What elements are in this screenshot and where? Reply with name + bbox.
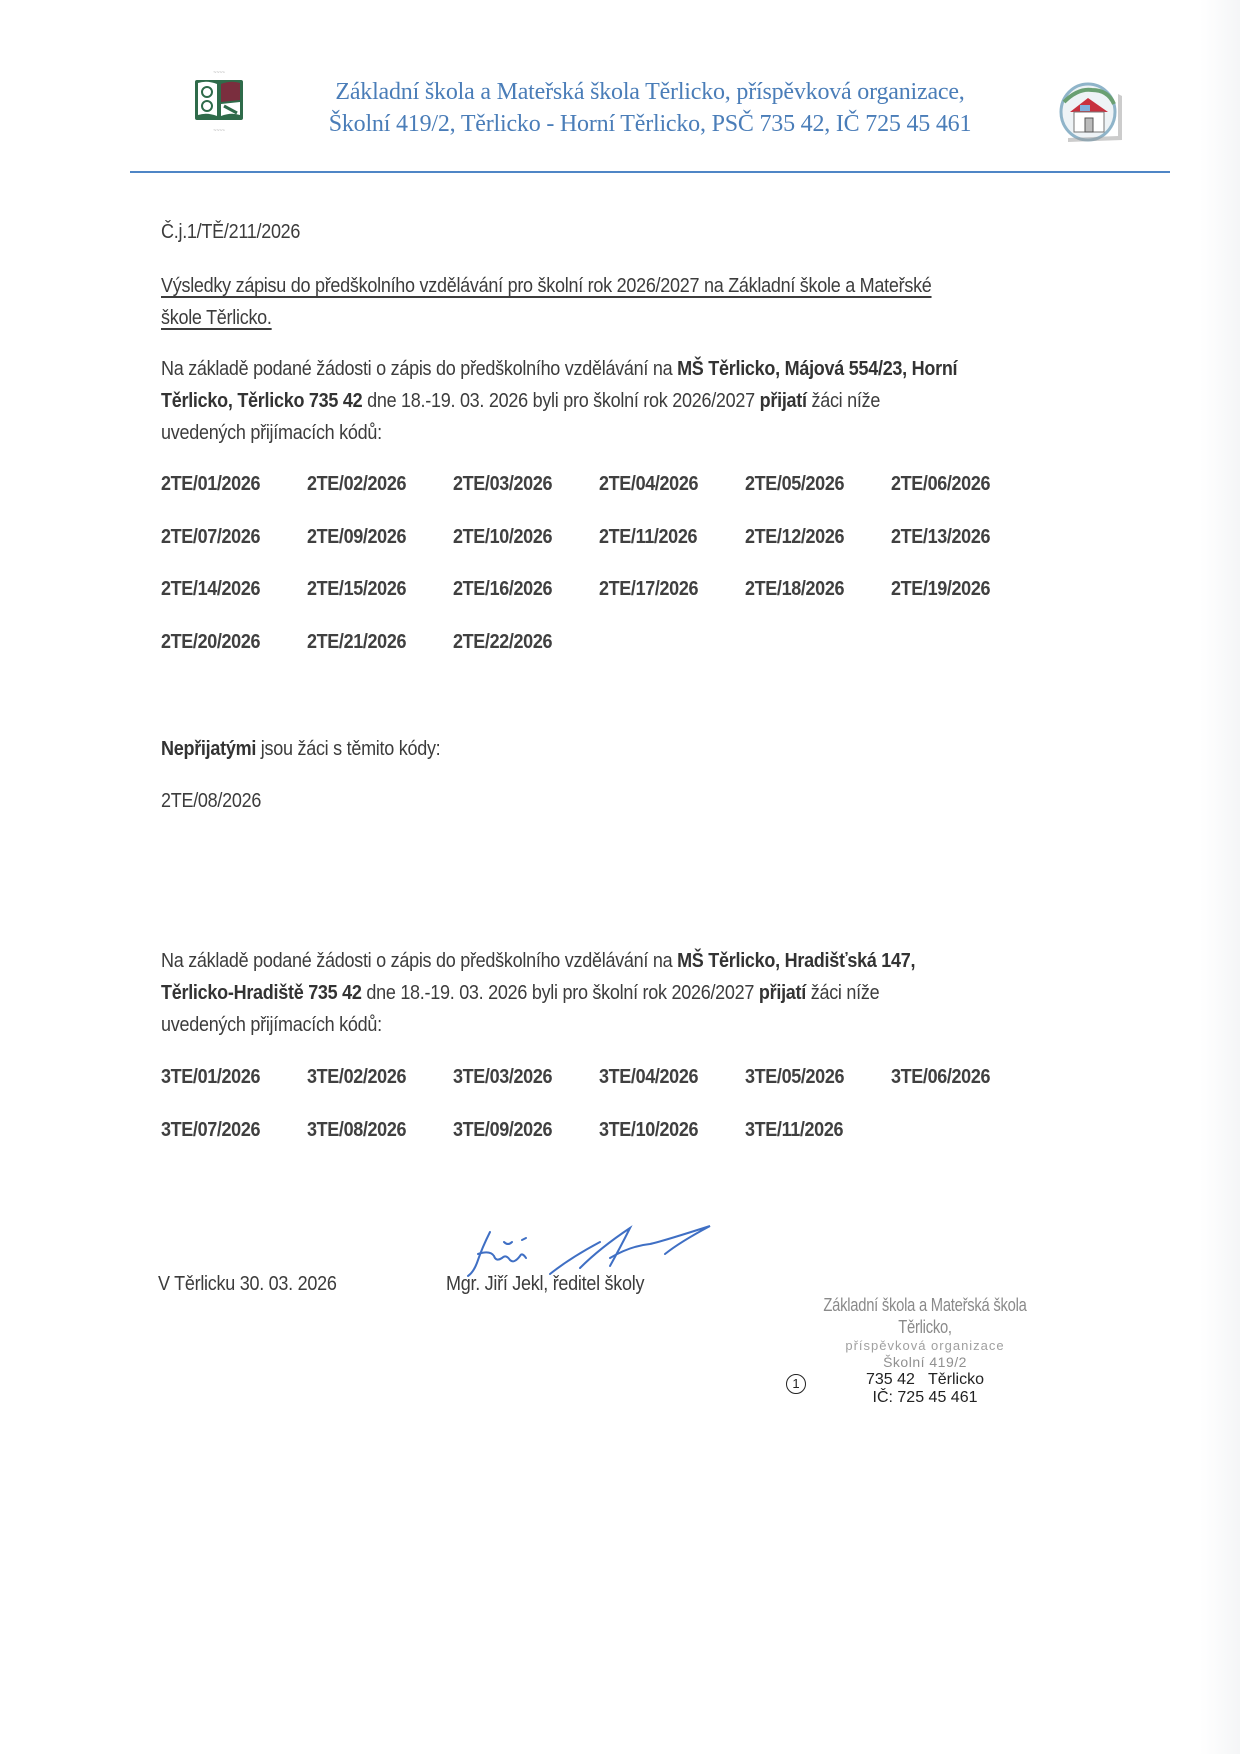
admission-code: 3TE/06/2026 bbox=[891, 1066, 990, 1089]
admission-code: 2TE/07/2026 bbox=[161, 526, 260, 549]
admission-code: 2TE/13/2026 bbox=[891, 526, 990, 549]
stamp-line-4: 735 42 Těrlicko bbox=[780, 1371, 1070, 1389]
admission-code: 3TE/04/2026 bbox=[599, 1066, 698, 1089]
admission-code: 2TE/11/2026 bbox=[599, 526, 697, 549]
admission-code: 2TE/10/2026 bbox=[453, 526, 552, 549]
stamp-line-3: Školní 419/2 bbox=[780, 1354, 1070, 1371]
admission-code: 2TE/05/2026 bbox=[745, 473, 844, 496]
admission-code: 3TE/10/2026 bbox=[599, 1119, 698, 1142]
organization-header: Základní škola a Mateřská škola Těrlicko… bbox=[280, 76, 1020, 140]
admission-code: 3TE/02/2026 bbox=[307, 1066, 406, 1089]
admission-code: 2TE/12/2026 bbox=[745, 526, 844, 549]
admission-code: 3TE/11/2026 bbox=[745, 1119, 843, 1142]
scan-edge-shade bbox=[1200, 0, 1240, 1754]
admission-code: 2TE/03/2026 bbox=[453, 473, 552, 496]
school-book-logo-icon: ~~~~ ~~~~ bbox=[193, 68, 245, 134]
admission-code: 2TE/21/2026 bbox=[307, 631, 406, 654]
admission-code: 2TE/02/2026 bbox=[307, 473, 406, 496]
section1-intro: Na základě podané žádosti o zápis do pře… bbox=[161, 353, 1115, 449]
document-subject: Výsledky zápisu do předškolního vzdělává… bbox=[161, 270, 1115, 334]
admission-code: 2TE/16/2026 bbox=[453, 578, 552, 601]
signatory-name: Mgr. Jiří Jekl, ředitel školy bbox=[446, 1268, 644, 1300]
admission-code: 2TE/14/2026 bbox=[161, 578, 260, 601]
admission-code: 3TE/01/2026 bbox=[161, 1066, 260, 1089]
header-divider bbox=[130, 171, 1170, 173]
admission-code: 2TE/22/2026 bbox=[453, 631, 552, 654]
admission-code: 3TE/05/2026 bbox=[745, 1066, 844, 1089]
admission-code: 2TE/04/2026 bbox=[599, 473, 698, 496]
official-stamp: Základní škola a Mateřská škola Těrlicko… bbox=[780, 1294, 1070, 1407]
admission-code: 2TE/17/2026 bbox=[599, 578, 698, 601]
admission-code: 2TE/06/2026 bbox=[891, 473, 990, 496]
organization-name: Základní škola a Mateřská škola Těrlicko… bbox=[280, 76, 1020, 108]
organization-address: Školní 419/2, Těrlicko - Horní Těrlicko,… bbox=[280, 108, 1020, 140]
rejected-label: Nepřijatými jsou žáci s těmito kódy: bbox=[161, 733, 1115, 765]
rejected-code: 2TE/08/2026 bbox=[161, 785, 1115, 817]
svg-text:~~~~: ~~~~ bbox=[213, 128, 225, 134]
stamp-number-icon: 1 bbox=[786, 1374, 806, 1394]
place-and-date: V Těrlicku 30. 03. 2026 bbox=[158, 1268, 337, 1300]
admission-code: 3TE/07/2026 bbox=[161, 1119, 260, 1142]
stamp-line-2: příspěvková organizace bbox=[780, 1338, 1070, 1354]
subject-line-2: škole Těrlicko. bbox=[161, 302, 1115, 334]
stamp-line-1: Základní škola a Mateřská škola Těrlicko… bbox=[806, 1294, 1044, 1338]
stamp-line-5: IČ: 725 45 461 bbox=[780, 1389, 1070, 1407]
admission-code: 2TE/18/2026 bbox=[745, 578, 844, 601]
admission-code: 2TE/09/2026 bbox=[307, 526, 406, 549]
admission-code: 2TE/01/2026 bbox=[161, 473, 260, 496]
svg-text:~~~~: ~~~~ bbox=[213, 70, 225, 76]
section2-intro: Na základě podané žádosti o zápis do pře… bbox=[161, 945, 1115, 1041]
kindergarten-house-logo-icon bbox=[1058, 80, 1126, 146]
admission-code: 2TE/15/2026 bbox=[307, 578, 406, 601]
admission-code: 2TE/19/2026 bbox=[891, 578, 990, 601]
reference-number: Č.j.1/TĚ/211/2026 bbox=[161, 216, 300, 248]
admission-code: 2TE/20/2026 bbox=[161, 631, 260, 654]
admission-code: 3TE/09/2026 bbox=[453, 1119, 552, 1142]
admission-code: 3TE/08/2026 bbox=[307, 1119, 406, 1142]
subject-line-1: Výsledky zápisu do předškolního vzdělává… bbox=[161, 270, 1115, 302]
admission-code: 3TE/03/2026 bbox=[453, 1066, 552, 1089]
